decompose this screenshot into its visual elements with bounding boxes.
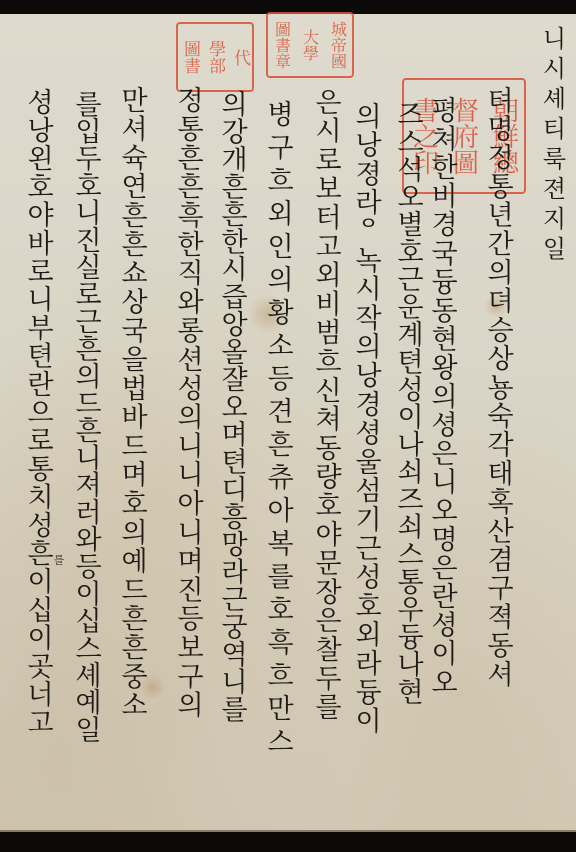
text-column-10: 를입두호니진실로근흔의드흔니져러와등이십스셰예일 (72, 90, 99, 743)
text-column-5: 은시로보터고외비범흐신쳐동량호야문장은찰두를 (312, 88, 339, 722)
text-column-4: 의낭졍라ᄋ녹시작의낭경셩울섬기근성호외라듕이 (352, 102, 379, 736)
text-column-2: 평쳐한비경국듕동현왕의셩은니오명은란셩이오 (428, 96, 455, 697)
seal-glyph: 圖書章 (268, 14, 296, 76)
seal-top-center: 圖書章 大學 城帝國 (266, 12, 354, 78)
seal-glyph: 圖書 (178, 24, 203, 90)
text-column-8: 정통흔흔흑한직와롱션성의니니아니며진등보구의 (174, 86, 201, 720)
seal-glyph: 大學 (296, 14, 324, 76)
text-column-9: 만셔슉연흔흔쇼상국을법바드며호의예드흔흔중소 (118, 86, 145, 720)
text-column-7: 의강개흔흔한시즙앙올쟐오며텬디흥망라근궁역니를 (218, 90, 245, 723)
seal-glyph: 學部 (203, 24, 228, 90)
seal-top-left: 圖書 學部 代 (176, 22, 254, 92)
text-column-11: 셩낭왼호야바로니부텬란으로통치성흔이십이곳너고 (24, 88, 51, 737)
text-column-6: 병구흐외인의황소등견흔츄아복를호흑흐만스 (264, 100, 291, 760)
manuscript-page: 圖書 學部 代 圖書章 大學 城帝國 書之印 督府圖 朝鮮總 니시셰티룩젼지일 … (0, 14, 576, 832)
seal-glyph: 代 (228, 24, 253, 90)
interlinear-note: 를 (50, 554, 66, 565)
text-column-3: 즈스석오별호근운계텬성이나쇠즈쇠스통우듕나현 (394, 100, 421, 705)
text-column-1: 텨명정통년간의뎌승상뇽숙각태혹산겸구젹동셔 (484, 86, 511, 689)
seal-glyph: 城帝國 (324, 14, 352, 76)
title-column: 니시셰티룩젼지일 (540, 26, 564, 266)
